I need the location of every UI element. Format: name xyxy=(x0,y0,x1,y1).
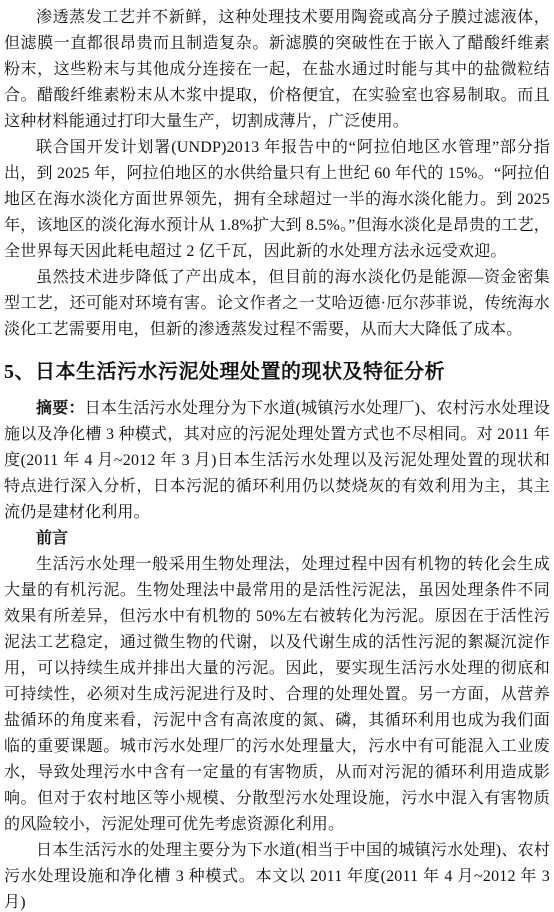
paragraph-pervaporation: 渗透蒸发工艺并不新鲜，这种处理技术要用陶瓷或高分子膜过滤液体，但滤膜一直都很昂贵… xyxy=(4,5,550,135)
abstract-label: 摘要： xyxy=(36,400,85,417)
preface-heading: 前言 xyxy=(4,526,550,552)
paragraph-tech-progress: 虽然技术进步降低了产出成本，但目前的海水淡化仍是能源—资金密集型工艺，还可能对环… xyxy=(4,265,550,343)
paragraph-japan-modes: 日本生活污水的处理主要分为下水道(相当于中国的城镇污水处理)、农村污水处理设施和… xyxy=(4,838,550,912)
abstract-paragraph: 摘要：日本生活污水处理分为下水道(城镇污水处理厂)、农村污水处理设施以及净化槽 … xyxy=(4,396,550,526)
section-heading: 5、日本生活污水污泥处理处置的现状及特征分析 xyxy=(4,358,550,386)
document-page: 渗透蒸发工艺并不新鲜，这种处理技术要用陶瓷或高分子膜过滤液体，但滤膜一直都很昂贵… xyxy=(0,0,554,912)
paragraph-preface-body: 生活污水处理一般采用生物处理法，处理过程中因有机物的转化会生成大量的有机污泥。生… xyxy=(4,552,550,838)
abstract-text: 日本生活污水处理分为下水道(城镇污水处理厂)、农村污水处理设施以及净化槽 3 种… xyxy=(4,400,550,521)
paragraph-undp-report: 联合国开发计划署(UNDP)2013 年报告中的“阿拉伯地区水管理”部分指出，到… xyxy=(4,135,550,265)
